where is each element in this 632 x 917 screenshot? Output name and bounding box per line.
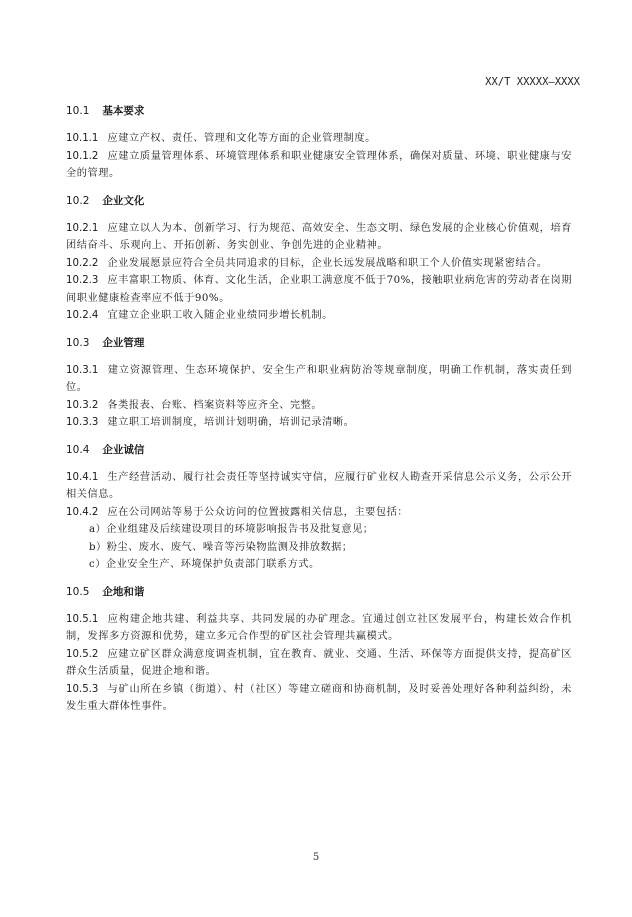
- clause: 10.5.3与矿山所在乡镇（街道）、村（社区）等建立磋商和协商机制，及时妥善处理…: [66, 681, 572, 716]
- section-heading: 10.4企业诚信: [66, 442, 572, 459]
- clause: 10.1.1应建立产权、责任、管理和文化等方面的企业管理制度。: [66, 130, 572, 148]
- clause: 10.3.3建立职工培训制度，培训计划明确，培训记录清晰。: [66, 414, 572, 432]
- standard-code: XX/T XXXXX—XXXX: [485, 76, 580, 88]
- list-item: c）企业安全生产、环境保护负责部门联系方式。: [89, 556, 572, 574]
- section-heading: 10.1基本要求: [66, 103, 572, 120]
- section-heading: 10.2企业文化: [66, 193, 572, 210]
- clause: 10.5.2应建立矿区群众满意度调查机制，宜在教育、就业、交通、生活、环保等方面…: [66, 646, 572, 681]
- clause: 10.2.1应建立以人为本、创新学习、行为规范、高效安全、生态文明、绿色发展的企…: [66, 220, 572, 255]
- section-heading: 10.5企地和谐: [66, 584, 572, 601]
- clause: 10.1.2应建立质量管理体系、环境管理体系和职业健康安全管理体系，确保对质量、…: [66, 148, 572, 183]
- clause: 10.2.3应丰富职工物质、体育、文化生活，企业职工满意度不低于70%，接触职业…: [66, 272, 572, 307]
- section-heading: 10.3企业管理: [66, 335, 572, 352]
- clause: 10.2.2企业发展愿景应符合全员共同追求的目标，企业长远发展战略和职工个人价值…: [66, 255, 572, 273]
- clause: 10.2.4宜建立企业职工收入随企业业绩同步增长机制。: [66, 307, 572, 325]
- clause: 10.4.1生产经营活动、履行社会责任等坚持诚实守信，应履行矿业权人勘查开采信息…: [66, 469, 572, 504]
- page-number: 5: [0, 852, 632, 863]
- clause: 10.3.1建立资源管理、生态环境保护、安全生产和职业病防治等规章制度，明确工作…: [66, 362, 572, 397]
- list-item: b）粉尘、废水、废气、噪音等污染物监测及排放数据；: [89, 539, 572, 557]
- clause: 10.3.2各类报表、台账、档案资料等应齐全、完整。: [66, 397, 572, 415]
- clause: 10.5.1应构建企地共建、利益共享、共同发展的办矿理念。宜通过创立社区发展平台…: [66, 611, 572, 646]
- clause: 10.4.2应在公司网站等易于公众访问的位置披露相关信息，主要包括：: [66, 504, 572, 522]
- document-body: 10.1基本要求 10.1.1应建立产权、责任、管理和文化等方面的企业管理制度。…: [66, 103, 572, 716]
- list-item: a）企业组建及后续建设项目的环境影响报告书及批复意见；: [89, 521, 572, 539]
